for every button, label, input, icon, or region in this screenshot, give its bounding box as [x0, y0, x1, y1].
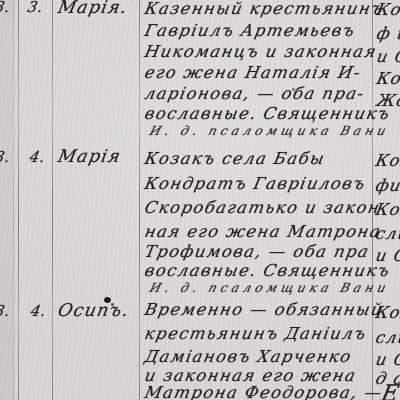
clerk-note: И. д. псаломщика Вани [148, 123, 392, 138]
godparent-fragment: Жо [375, 91, 400, 110]
godparent-fragment: ф и [375, 24, 400, 43]
entry-number: 4. [29, 302, 48, 320]
clerk-note: И. д. псаломщика Вани [148, 280, 392, 295]
column-rule [18, 0, 19, 400]
parents-line: Гавріилъ Артемьевъ [143, 21, 357, 40]
parents-line: Казенный крестьянинъ [143, 0, 386, 18]
godparent-fragment: и С [374, 350, 400, 369]
column-rule [139, 0, 140, 400]
entry-number: 3. [26, 0, 45, 16]
parents-line: Кондратъ Гавріиловъ [143, 174, 368, 193]
parents-line: Временно — обязанный [143, 300, 385, 319]
parents-line: ларіонова, — оба пра- [143, 84, 367, 103]
left-number-fragment: 3. [0, 302, 12, 320]
metrical-book-scan: 3. 3. Марія. Казенный крестьянинъ Гавріи… [0, 0, 400, 400]
parents-line: Козакъ села Бабы [143, 149, 327, 168]
godparent-fragment: сли [374, 328, 400, 347]
child-name: Марія. [56, 0, 130, 18]
parents-line: Трофимова, — оба пра [143, 242, 371, 261]
godparent-fragment: Кол [374, 200, 400, 219]
parents-line: Никоманцъ и законная [143, 42, 379, 61]
godparent-fragment: сли [374, 224, 400, 243]
ink-speck [104, 297, 111, 303]
column-rule [13, 0, 14, 400]
godparent-fragment: и С [375, 47, 400, 66]
left-number-fragment: 3. [0, 148, 12, 166]
parents-line: Даміановъ Харченко [143, 347, 354, 366]
parents-line: крестьянинъ Даніилъ [143, 324, 369, 343]
parents-line: вославные. Священникъ [143, 261, 392, 280]
godparent-fragment: и Сл [374, 246, 400, 265]
godparent-fragment: Кол [375, 0, 400, 19]
parents-line: ная его жена Матрона [143, 222, 383, 241]
parents-line: Матрона Феодорова, — [143, 383, 385, 400]
godparent-fragment: Кор [375, 69, 400, 88]
column-rule [52, 0, 53, 400]
godparent-fragment: Кол [374, 303, 400, 322]
ink-speck [292, 88, 295, 91]
parents-line: вославные. Священникъ [143, 104, 392, 123]
child-name: Марія [56, 147, 123, 167]
parents-line: Скоробагатько и закон [143, 198, 382, 217]
godparent-fragment: фи [374, 176, 400, 195]
entry-number: 4. [28, 148, 47, 166]
left-number-fragment: 3. [0, 0, 12, 16]
child-name: Осипъ. [56, 301, 131, 321]
ink-speck [111, 303, 114, 306]
parents-line: его жена Наталія И- [143, 63, 363, 82]
godparent-fragment: Кол [374, 151, 400, 170]
